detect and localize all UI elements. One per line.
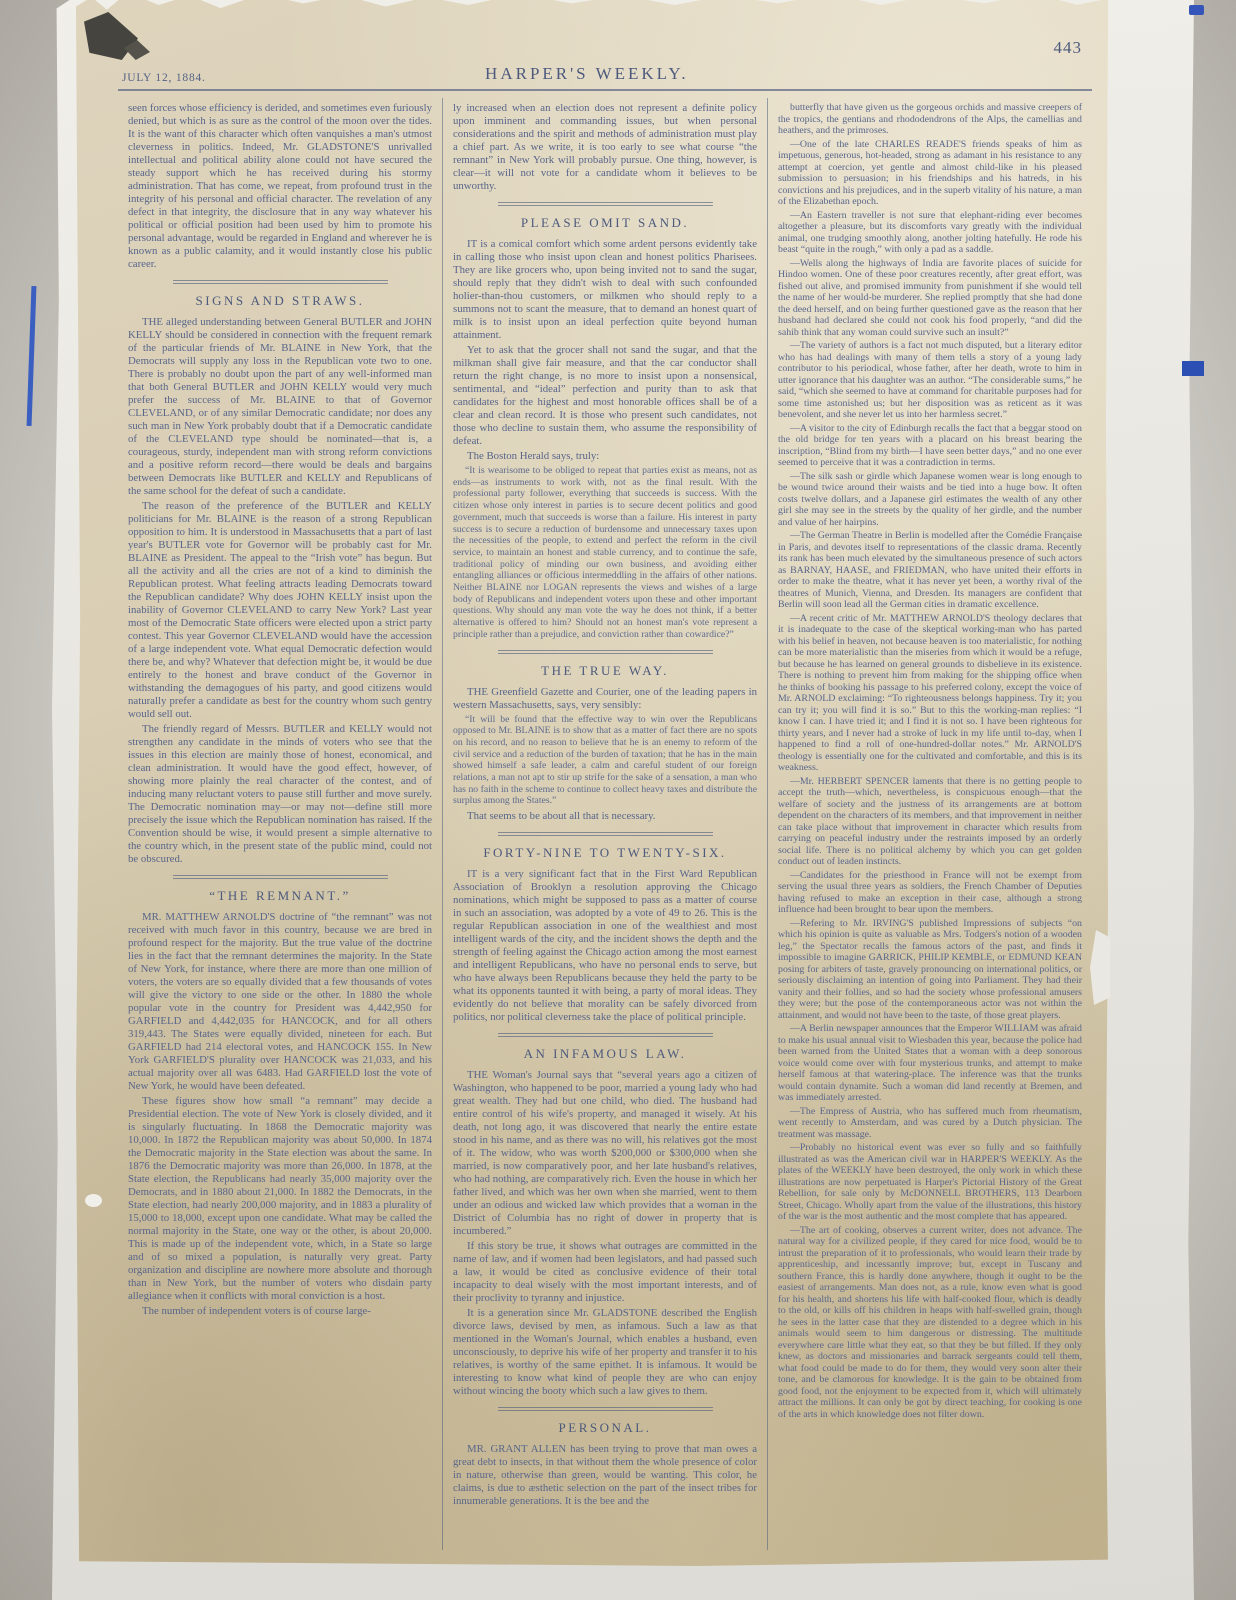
paragraph: MR. GRANT ALLEN has been trying to prove…: [453, 1443, 757, 1508]
paragraph: —Wells along the highways of India are f…: [778, 258, 1082, 339]
paragraph: —Refering to Mr. IRVING'S published Impr…: [778, 918, 1082, 1022]
paper-hole-fleck: [85, 1194, 102, 1207]
column-2: ly increased when an election does not r…: [442, 98, 767, 1550]
columns: seen forces whose efficiency is derided,…: [118, 98, 1092, 1550]
quoted-text: “It is wearisome to be obliged to repeat…: [453, 465, 757, 641]
quoted-text: “It will be found that the effective way…: [453, 714, 757, 808]
paragraph: The friendly regard of Messrs. BUTLER an…: [128, 723, 432, 866]
paragraph: If this story be true, it shows what out…: [453, 1240, 757, 1305]
masthead: JULY 12, 1884. HARPER'S WEEKLY.: [118, 64, 1092, 91]
paragraph: THE Greenfield Gazette and Courier, one …: [453, 686, 757, 712]
paragraph: —The German Theatre in Berlin is modelle…: [778, 530, 1082, 611]
paragraph: That seems to be about all that is neces…: [453, 810, 757, 823]
section-divider: [498, 202, 713, 206]
paragraph: —A Berlin newspaper announces that the E…: [778, 1023, 1082, 1104]
paragraph: IT is a very significant fact that in th…: [453, 868, 757, 1024]
paragraph: The number of independent voters is of c…: [128, 1305, 432, 1318]
publication-title: HARPER'S WEEKLY.: [485, 64, 689, 84]
paragraph: —The silk sash or girdle which Japanese …: [778, 471, 1082, 529]
section-heading: FORTY-NINE TO TWENTY-SIX.: [453, 845, 757, 861]
section-heading: AN INFAMOUS LAW.: [453, 1046, 757, 1062]
paragraph: —Mr. HERBERT SPENCER laments that there …: [778, 776, 1082, 868]
paragraph: —A visitor to the city of Edinburgh reca…: [778, 423, 1082, 469]
paragraph: butterfly that have given us the gorgeou…: [778, 102, 1082, 137]
section-heading: THE TRUE WAY.: [453, 663, 757, 679]
paragraph: —The variety of authors is a fact not mu…: [778, 340, 1082, 421]
paragraph: —One of the late CHARLES READE'S friends…: [778, 139, 1082, 208]
section-heading: PLEASE OMIT SAND.: [453, 215, 757, 231]
paragraph: Yet to ask that the grocer shall not san…: [453, 344, 757, 448]
section-divider: [173, 875, 388, 879]
paragraph: THE Woman's Journal says that “several y…: [453, 1069, 757, 1238]
blue-ink-mark-left: [27, 286, 37, 426]
paragraph: —Probably no historical event was ever s…: [778, 1142, 1082, 1223]
issue-date: JULY 12, 1884.: [122, 72, 206, 84]
paragraph: ly increased when an election does not r…: [453, 102, 757, 193]
blue-paper-chip-right: [1182, 361, 1204, 376]
paragraph: —The Empress of Austria, who has suffere…: [778, 1106, 1082, 1141]
newspaper-page: 443 JULY 12, 1884. HARPER'S WEEKLY. seen…: [76, 0, 1108, 1566]
section-divider: [498, 650, 713, 654]
blue-mark-top-right: [1189, 5, 1204, 15]
section-divider: [498, 1033, 713, 1037]
paragraph: THE alleged understanding between Genera…: [128, 316, 432, 498]
paragraph: —An Eastern traveller is not sure that e…: [778, 210, 1082, 256]
paragraph: seen forces whose efficiency is derided,…: [128, 102, 432, 271]
paragraph: The Boston Herald says, truly:: [453, 450, 757, 463]
section-divider: [498, 1407, 713, 1411]
paragraph: —A recent critic of Mr. MATTHEW ARNOLD'S…: [778, 613, 1082, 774]
section-heading: PERSONAL.: [453, 1420, 757, 1436]
scan-surface: { "colors":{"paper":"#d8cdb2","ink":"#5a…: [0, 0, 1236, 1600]
paragraph: —Candidates for the priesthood in France…: [778, 870, 1082, 916]
paragraph: It is a generation since Mr. GLADSTONE d…: [453, 1307, 757, 1398]
paragraph: These figures show how small “a remnant”…: [128, 1095, 432, 1303]
column-1: seen forces whose efficiency is derided,…: [118, 98, 442, 1550]
paragraph: MR. MATTHEW ARNOLD'S doctrine of “the re…: [128, 911, 432, 1093]
section-divider: [173, 280, 388, 284]
page-number: 443: [1054, 38, 1083, 58]
column-3: butterfly that have given us the gorgeou…: [767, 98, 1092, 1550]
paragraph: IT is a comical comfort which some arden…: [453, 238, 757, 342]
section-divider: [498, 832, 713, 836]
section-heading: “THE REMNANT.”: [128, 888, 432, 904]
paragraph: The reason of the preference of the BUTL…: [128, 500, 432, 721]
section-heading: SIGNS AND STRAWS.: [128, 293, 432, 309]
paragraph: —The art of cooking, observes a current …: [778, 1225, 1082, 1421]
